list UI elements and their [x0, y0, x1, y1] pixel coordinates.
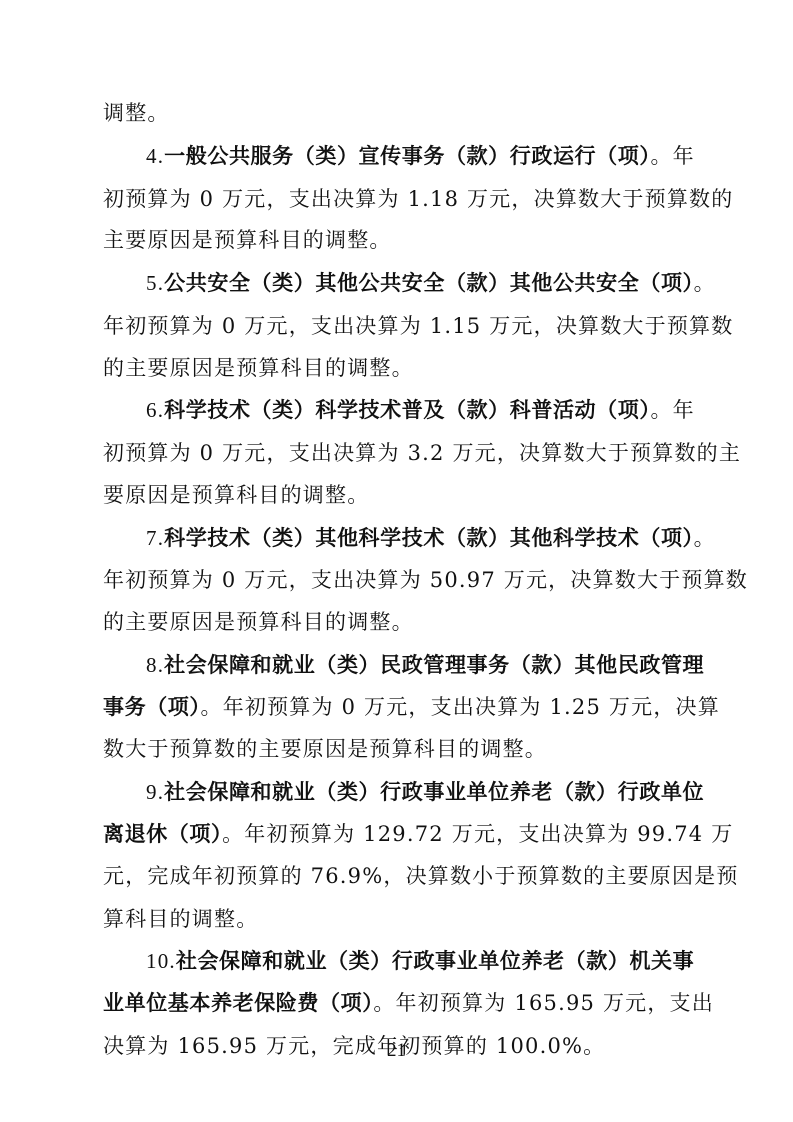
body-text: 。年	[650, 398, 694, 422]
item-number: 9.	[146, 780, 164, 804]
item-number: 4.	[146, 144, 164, 168]
body-text: 的主要原因是预算科目的调整。	[103, 356, 414, 380]
budget-item-title: 公共安全（类）其他公共安全（款）其他公共安全（项）	[164, 271, 694, 295]
item-number: 8.	[146, 653, 164, 677]
budget-item-title: 业单位基本养老保险费（项）	[103, 991, 373, 1015]
paragraph-line: 初预算为 0 万元，支出决算为 3.2 万元，决算数大于预算数的主	[103, 440, 693, 466]
paragraph-line: 的主要原因是预算科目的调整。	[103, 609, 693, 635]
body-text: 初预算为 0 万元，支出决算为 1.18 万元，决算数大于预算数的	[103, 187, 733, 211]
body-text: 调整。	[103, 101, 170, 125]
item-number: 6.	[146, 398, 164, 422]
body-text: 数大于预算数的主要原因是预算科目的调整。	[103, 737, 547, 761]
paragraph-line: 算科目的调整。	[103, 906, 693, 932]
body-text: 。年初预算为 165.95 万元，支出	[373, 991, 714, 1015]
paragraph-line: 年初预算为 0 万元，支出决算为 50.97 万元，决算数大于预算数	[103, 567, 693, 593]
paragraph-line: 初预算为 0 万元，支出决算为 1.18 万元，决算数大于预算数的	[103, 186, 693, 212]
body-text: 初预算为 0 万元，支出决算为 3.2 万元，决算数大于预算数的主	[103, 441, 741, 465]
body-text: 。年	[650, 144, 694, 168]
body-text: 。年初预算为 129.72 万元，支出决算为 99.74 万	[222, 822, 733, 846]
paragraph-line: 业单位基本养老保险费（项）。年初预算为 165.95 万元，支出	[103, 990, 693, 1016]
paragraph-line: 年初预算为 0 万元，支出决算为 1.15 万元，决算数大于预算数	[103, 313, 693, 339]
budget-item-title: 科学技术（类）科学技术普及（款）科普活动（项）	[164, 398, 650, 422]
body-text: 。	[694, 271, 716, 295]
body-text: 主要原因是预算科目的调整。	[103, 228, 392, 252]
paragraph-line: 主要原因是预算科目的调整。	[103, 227, 693, 253]
paragraph-line: 元，完成年初预算的 76.9%，决算数小于预算数的主要原因是预	[103, 863, 693, 889]
budget-item-title: 事务（项）	[103, 695, 201, 719]
item-number: 10.	[146, 949, 176, 973]
paragraph-heading-line: 5.公共安全（类）其他公共安全（款）其他公共安全（项）。	[146, 270, 693, 296]
paragraph-line: 离退休（项）。年初预算为 129.72 万元，支出决算为 99.74 万	[103, 821, 693, 847]
paragraph-heading-line: 9.社会保障和就业（类）行政事业单位养老（款）行政单位	[146, 779, 693, 805]
item-number: 7.	[146, 526, 164, 550]
page-number: 21	[0, 1040, 793, 1062]
body-text: 年初预算为 0 万元，支出决算为 50.97 万元，决算数大于预算数	[103, 568, 748, 592]
paragraph-heading-line: 8.社会保障和就业（类）民政管理事务（款）其他民政管理	[146, 652, 693, 678]
paragraph-line: 事务（项）。年初预算为 0 万元，支出决算为 1.25 万元，决算	[103, 694, 693, 720]
paragraph-heading-line: 7.科学技术（类）其他科学技术（款）其他科学技术（项）。	[146, 525, 693, 551]
body-text: 要原因是预算科目的调整。	[103, 483, 369, 507]
paragraph-heading-line: 6.科学技术（类）科学技术普及（款）科普活动（项）。年	[146, 397, 693, 423]
body-text: 。年初预算为 0 万元，支出决算为 1.25 万元，决算	[201, 695, 720, 719]
body-text: 。	[694, 526, 716, 550]
paragraph-line: 要原因是预算科目的调整。	[103, 482, 693, 508]
budget-item-title: 社会保障和就业（类）行政事业单位养老（款）机关事	[176, 949, 694, 973]
item-number: 5.	[146, 271, 164, 295]
body-text: 年初预算为 0 万元，支出决算为 1.15 万元，决算数大于预算数	[103, 314, 733, 338]
paragraph-heading-line: 10.社会保障和就业（类）行政事业单位养老（款）机关事	[146, 948, 693, 974]
document-page: 调整。4.一般公共服务（类）宣传事务（款）行政运行（项）。年初预算为 0 万元，…	[0, 0, 793, 1122]
body-text: 的主要原因是预算科目的调整。	[103, 610, 414, 634]
budget-item-title: 离退休（项）	[103, 822, 222, 846]
budget-item-title: 社会保障和就业（类）行政事业单位养老（款）行政单位	[164, 780, 704, 804]
budget-item-title: 科学技术（类）其他科学技术（款）其他科学技术（项）	[164, 526, 694, 550]
body-text: 元，完成年初预算的 76.9%，决算数小于预算数的主要原因是预	[103, 864, 739, 888]
budget-item-title: 社会保障和就业（类）民政管理事务（款）其他民政管理	[164, 653, 704, 677]
paragraph-line: 数大于预算数的主要原因是预算科目的调整。	[103, 736, 693, 762]
paragraph-line: 的主要原因是预算科目的调整。	[103, 355, 693, 381]
body-text: 算科目的调整。	[103, 907, 258, 931]
paragraph-line: 调整。	[103, 100, 693, 126]
paragraph-heading-line: 4.一般公共服务（类）宣传事务（款）行政运行（项）。年	[146, 143, 693, 169]
budget-item-title: 一般公共服务（类）宣传事务（款）行政运行（项）	[164, 144, 650, 168]
